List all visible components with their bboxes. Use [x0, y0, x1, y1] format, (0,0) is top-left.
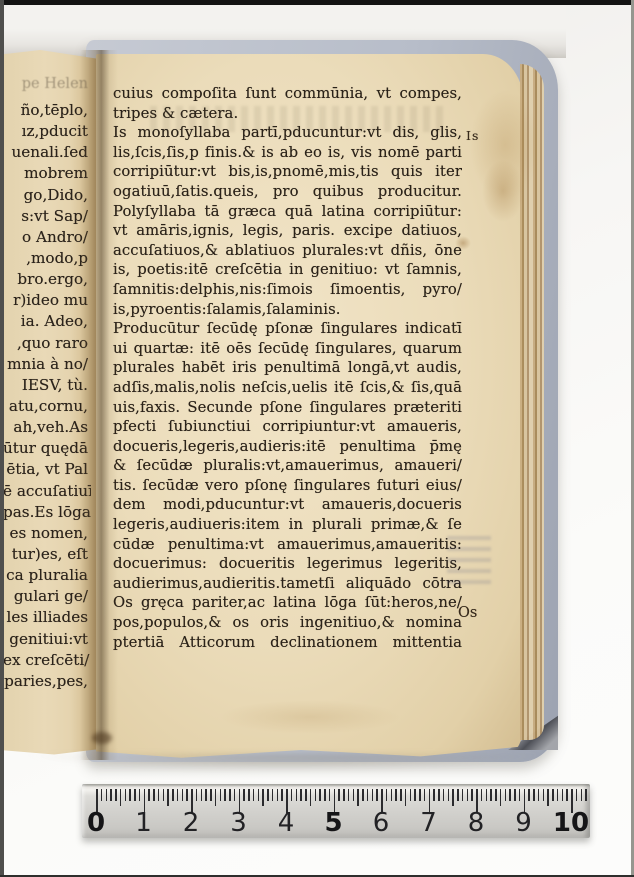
- gutter-shadow: [80, 50, 118, 760]
- ruler-tick: [414, 789, 416, 801]
- ruler-tick: [562, 789, 564, 801]
- ruler-tick: [148, 789, 150, 801]
- ruler-tick: [538, 789, 540, 801]
- text-line: audierimus,audieritis.tametſi aliquādo c…: [113, 574, 462, 594]
- ruler-tick: [153, 789, 155, 801]
- ruler-tick: [353, 789, 355, 801]
- bleed-through-marginalia: [447, 536, 491, 584]
- right-page: cuius compoſita ſunt commūnia, vt compes…: [96, 54, 523, 762]
- text-line: ptertiā Atticorum declinationem mittenti…: [113, 633, 462, 653]
- ruler-number: 8: [468, 809, 485, 837]
- text-line: Polyſyllaba tā græca quā latina corripiū…: [113, 202, 462, 222]
- text-line: ē accuſatiuī: [3, 481, 91, 502]
- ruler-tick: [196, 789, 198, 801]
- ruler-tick: [296, 789, 298, 801]
- ruler-tick: [120, 789, 122, 806]
- ruler-tick: [566, 789, 568, 801]
- ruler-tick: [201, 789, 203, 801]
- ruler-number: 10: [553, 809, 589, 837]
- ruler-tick: [172, 789, 174, 801]
- text-line: ex creſcēti/: [3, 650, 91, 671]
- ruler-tick: [386, 789, 388, 801]
- ruler-tick: [262, 789, 264, 806]
- ruler-tick: [452, 789, 454, 806]
- ruler-tick: [243, 789, 245, 801]
- ruler-tick: [281, 789, 283, 801]
- ruler-tick: [576, 789, 578, 801]
- book-shadow: [20, 754, 550, 770]
- ruler-tick: [258, 789, 260, 801]
- text-line: adſis,malis,nolis neſcis,uelis itē ſcis,…: [113, 378, 462, 398]
- ruler-tick: [581, 789, 583, 801]
- ruler-tick: [329, 789, 331, 801]
- ruler-tick: [462, 789, 464, 801]
- text-line: s:vt Sap/: [3, 206, 91, 227]
- ruler-tick: [163, 789, 165, 801]
- text-line: ,quo raro: [3, 333, 91, 354]
- ruler-number: 7: [420, 809, 437, 837]
- ruler-tick: [177, 789, 179, 801]
- ruler-tick: [585, 789, 587, 801]
- ruler-tick: [348, 789, 350, 801]
- ruler-tick: [324, 789, 326, 801]
- ruler-tick: [448, 789, 450, 801]
- text-line: pfecti ſubiunctiui corripiuntur:vt amaue…: [113, 417, 462, 437]
- text-line: pas.Es lōga: [3, 502, 91, 523]
- photo-frame: pe Helen ño,tēplo,ız,pducituenali.ſedmob…: [0, 0, 634, 877]
- ruler-tick: [234, 789, 236, 801]
- bleed-through-text: [150, 106, 445, 132]
- ruler-number: 5: [324, 809, 342, 837]
- ruler-number: 3: [230, 809, 247, 837]
- ruler-tick: [315, 789, 317, 801]
- text-line: ui quartæ: itē oēs ſecūdę ſingulares, qu…: [113, 339, 462, 359]
- ruler-tick: [125, 789, 127, 801]
- ruler-tick: [300, 789, 302, 801]
- text-line: is, poetis:itē creſcētia in genitiuo: vt…: [113, 260, 462, 280]
- ruler-tick: [224, 789, 226, 801]
- ruler-tick: [338, 789, 340, 801]
- text-line: les illiades: [3, 607, 91, 628]
- ruler-tick: [106, 789, 108, 801]
- ruler-tick: [552, 789, 554, 801]
- text-line: uis,faxis. Secunde pſone ſingulares præt…: [113, 398, 462, 418]
- ruler-tick: [495, 789, 497, 801]
- ruler-tick: [253, 789, 255, 801]
- ruler-tick: [139, 789, 141, 801]
- ruler-tick: [519, 789, 521, 801]
- text-line: docuerimus: docueritis legerimus legerit…: [113, 554, 462, 574]
- right-page-text: cuius compoſita ſunt commūnia, vt compes…: [113, 84, 462, 652]
- ruler-tick: [215, 789, 217, 806]
- ruler: 012345678910: [82, 784, 590, 838]
- ruler-tick: [443, 789, 445, 801]
- ruler-tick: [205, 789, 207, 801]
- text-line: ah,veh.As: [3, 417, 91, 438]
- ruler-tick: [343, 789, 345, 801]
- ruler-tick: [291, 789, 293, 801]
- ruler-tick: [391, 789, 393, 801]
- text-line: atu,cornu,: [3, 396, 91, 417]
- ruler-number: 1: [135, 809, 152, 837]
- ruler-tick: [362, 789, 364, 801]
- text-line: pos,populos,& os oris ingenitiuo,& nomin…: [113, 613, 462, 633]
- text-line: es nomen,: [3, 523, 91, 544]
- text-line: legeris,audiueris:item in plurali primæ,…: [113, 515, 462, 535]
- ruler-number: 4: [278, 809, 295, 837]
- text-line: docueris,legeris,audieris:itē penultima …: [113, 437, 462, 457]
- ruler-tick: [229, 789, 231, 801]
- text-line: vt amāris,ignis, legis, paris. excipe da…: [113, 221, 462, 241]
- text-line: ētia, vt Pal: [3, 459, 91, 480]
- gutter-stain: [92, 732, 112, 744]
- text-line: ño,tēplo,: [3, 100, 91, 121]
- text-line: paries,pes,: [3, 671, 91, 692]
- text-line: uenali.ſed: [3, 142, 91, 163]
- ruler-tick: [547, 789, 549, 806]
- ruler-tick: [400, 789, 402, 801]
- ruler-tick: [310, 789, 312, 806]
- ruler-tick: [115, 789, 117, 801]
- ruler-tick: [505, 789, 507, 801]
- ruler-number: 6: [373, 809, 390, 837]
- text-line: bro.ergo,: [3, 269, 91, 290]
- margin-note-os: Os: [458, 605, 477, 621]
- fore-edge-page-stack: [520, 64, 544, 740]
- text-line: corripiūtur:vt bis,is,pnomē,mis,tis quis…: [113, 162, 462, 182]
- ruler-tick: [528, 789, 530, 801]
- photo-border-left: [0, 0, 4, 877]
- text-line: is,pyroentis:ſalamis,ſalaminis.: [113, 300, 462, 320]
- text-line: gulari ge/: [3, 586, 91, 607]
- ruler-number: 2: [183, 809, 200, 837]
- text-line: tur)es, eſt: [3, 544, 91, 565]
- ruler-tick: [220, 789, 222, 801]
- text-line: Os gręca pariter,ac latina lōga ſūt:hero…: [113, 593, 462, 613]
- ruler-tick: [433, 789, 435, 801]
- ruler-number: 0: [87, 809, 105, 837]
- text-line: cuius compoſita ſunt commūnia, vt compes…: [113, 84, 462, 104]
- text-line: ca pluralia: [3, 565, 91, 586]
- ruler-tick: [134, 789, 136, 801]
- text-line: go,Dido,: [3, 185, 91, 206]
- ruler-tick: [101, 789, 103, 801]
- photo-border-top: [0, 0, 634, 5]
- ruler-tick: [509, 789, 511, 801]
- text-line: ogatiuū,ſatis.queis, pro quibus producit…: [113, 182, 462, 202]
- text-line: tis. ſecūdæ vero pſonę ſingulares futuri…: [113, 476, 462, 496]
- text-line: genitiui:vt: [3, 629, 91, 650]
- ruler-tick: [467, 789, 469, 801]
- margin-note-is: Is: [466, 128, 479, 143]
- ruler-tick: [438, 789, 440, 801]
- ruler-tick: [367, 789, 369, 801]
- text-line: mnia à no/: [3, 354, 91, 375]
- ruler-tick: [486, 789, 488, 801]
- text-line: ız,pducit: [3, 121, 91, 142]
- ruler-tick: [543, 789, 545, 801]
- ruler-tick: [319, 789, 321, 801]
- text-line: lis,ſcis,ſis,p finis.& is ab eo is, vis …: [113, 143, 462, 163]
- ruler-tick: [272, 789, 274, 801]
- ruler-tick: [210, 789, 212, 801]
- text-line: cūdæ penultima:vt amauerimus,amaueritis:: [113, 535, 462, 555]
- ruler-tick: [372, 789, 374, 801]
- ruler-tick: [182, 789, 184, 801]
- ruler-tick: [457, 789, 459, 801]
- ruler-tick: [410, 789, 412, 801]
- text-line: IESV, tù.: [3, 375, 91, 396]
- ruler-tick: [500, 789, 502, 806]
- text-line: plurales habēt iris penultimā longā,vt a…: [113, 358, 462, 378]
- ruler-tick: [167, 789, 169, 806]
- ruler-tick: [419, 789, 421, 801]
- left-page-text: ño,tēplo,ız,pducituenali.ſedmobremgo,Did…: [3, 100, 91, 692]
- ruler-tick: [110, 789, 112, 801]
- text-line: o Andro/: [3, 227, 91, 248]
- ruler-tick: [533, 789, 535, 801]
- ruler-tick: [248, 789, 250, 801]
- ruler-tick: [424, 789, 426, 801]
- text-line: ,modo,p: [3, 248, 91, 269]
- ruler-tick: [557, 789, 559, 801]
- ruler-tick: [376, 789, 378, 801]
- ruler-tick: [129, 789, 131, 801]
- ruler-tick: [405, 789, 407, 806]
- text-line: r)ideo mu: [3, 290, 91, 311]
- text-line: ſamnitis:delphis,nis:ſimois ſimoentis, p…: [113, 280, 462, 300]
- ruler-tick: [357, 789, 359, 806]
- text-line: & ſecūdæ pluralis:vt,amauerimus, amaueri…: [113, 456, 462, 476]
- text-line: Producūtur ſecūdę pſonæ ſingulares indic…: [113, 319, 462, 339]
- text-line: mobrem: [3, 163, 91, 184]
- ghost-line: pe Helen: [3, 76, 88, 92]
- ruler-tick: [514, 789, 516, 801]
- ruler-tick: [471, 789, 473, 801]
- ruler-tick: [277, 789, 279, 801]
- ruler-number: 9: [515, 809, 532, 837]
- text-line: accuſatiuos,& ablatiuos plurales:vt dñis…: [113, 241, 462, 261]
- ruler-tick: [305, 789, 307, 801]
- ruler-tick: [395, 789, 397, 801]
- ruler-tick: [158, 789, 160, 801]
- ruler-tick: [186, 789, 188, 801]
- ruler-tick: [481, 789, 483, 801]
- text-line: dem modi,pducuntur:vt amaueris,docueris: [113, 495, 462, 515]
- ruler-tick: [490, 789, 492, 801]
- ruler-tick: [267, 789, 269, 801]
- text-line: ūtur quędā: [3, 438, 91, 459]
- text-line: ia. Adeo,: [3, 311, 91, 332]
